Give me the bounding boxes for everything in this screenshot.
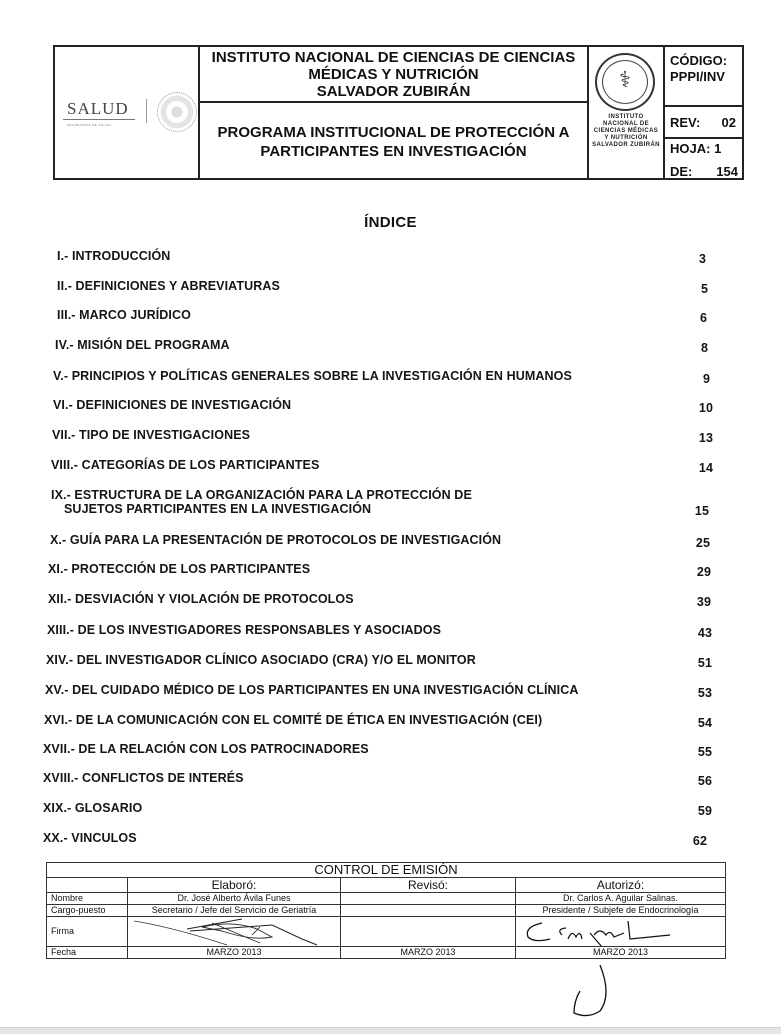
- toc-entry-page: 3: [676, 252, 706, 266]
- row-label: Firma: [47, 917, 128, 947]
- institute-line-1: INSTITUTO NACIONAL DE CIENCIAS DE CIENCI…: [212, 49, 576, 66]
- program-line-2: PARTICIPANTES EN INVESTIGACIÓN: [260, 142, 526, 161]
- salud-logo-text: SALUD: [67, 99, 129, 119]
- logo-divider: [146, 99, 147, 123]
- toc-entry-label: XVI.- DE LA COMUNICACIÓN CON EL COMITÉ D…: [44, 713, 542, 727]
- toc-entry-label: XV.- DEL CUIDADO MÉDICO DE LOS PARTICIPA…: [45, 683, 579, 697]
- rev-value: 02: [722, 115, 736, 130]
- codigo-label: CÓDIGO:: [670, 53, 727, 69]
- cell: Presidente / Subjefe de Endocrinología: [516, 905, 726, 917]
- toc-entry-page: 14: [683, 461, 713, 475]
- program-title: PROGRAMA INSTITUCIONAL DE PROTECCIÓN A P…: [200, 103, 587, 180]
- hoja-value: 1: [714, 141, 721, 156]
- seal-caption-line: CIENCIAS MÉDICAS: [591, 128, 661, 135]
- toc-entry-label: IX.- ESTRUCTURA DE LA ORGANIZACIÓN PARA …: [51, 488, 472, 502]
- toc-entry-page: 6: [677, 311, 707, 325]
- index-title: ÍNDICE: [0, 214, 781, 231]
- de-field: DE: 154: [670, 164, 738, 179]
- seal-caption-line: SALVADOR ZUBIRÁN: [591, 142, 661, 149]
- blank-cell: [47, 878, 128, 893]
- toc-entry-label: III.- MARCO JURÍDICO: [57, 308, 191, 322]
- cell: MARZO 2013: [341, 947, 516, 959]
- toc-entry-page: 39: [681, 595, 711, 609]
- divider: [665, 105, 744, 107]
- toc-entry-page: 25: [680, 536, 710, 550]
- hoja-label: HOJA:: [670, 141, 710, 156]
- table-row: Nombre Dr. José Alberto Ávila Funes Dr. …: [47, 893, 726, 905]
- toc-entry-label: V.- PRINCIPIOS Y POLÍTICAS GENERALES SOB…: [53, 369, 572, 383]
- hoja-field: HOJA: 1: [670, 141, 721, 156]
- toc-entry-label: XX.- VINCULOS: [43, 831, 137, 845]
- cell: [341, 893, 516, 905]
- de-value: 154: [716, 164, 738, 179]
- column-header-autorizo: Autorizó:: [516, 878, 726, 893]
- seal-caption-line: Y NUTRICIÓN: [591, 135, 661, 142]
- institute-line-3: SALVADOR ZUBIRÁN: [317, 83, 471, 100]
- toc-entry-label: VIII.- CATEGORÍAS DE LOS PARTICIPANTES: [51, 458, 319, 472]
- toc-entry-label: XIX.- GLOSARIO: [43, 801, 142, 815]
- seal-caption-line: INSTITUTO NACIONAL DE: [591, 114, 661, 128]
- toc-entry-label: XI.- PROTECCIÓN DE LOS PARTICIPANTES: [48, 562, 310, 576]
- document-header: SALUD SECRETARÍA DE SALUD INSTITUTO NACI…: [53, 45, 744, 180]
- signature-tail-icon: [560, 965, 620, 1020]
- toc-entry-page: 54: [682, 716, 712, 730]
- toc-entry-page: 10: [683, 401, 713, 415]
- emission-control-table: CONTROL DE EMISIÓN Elaboró: Revisó: Auto…: [46, 862, 726, 959]
- toc-entry-label: XVIII.- CONFLICTOS DE INTERÉS: [43, 771, 244, 785]
- institute-seal-caption: INSTITUTO NACIONAL DE CIENCIAS MÉDICAS Y…: [591, 114, 661, 149]
- de-label: DE:: [670, 164, 692, 179]
- cell: [341, 905, 516, 917]
- rev-field: REV: 02: [670, 115, 736, 130]
- page-edge: [0, 1027, 781, 1034]
- cell: Dr. Carlos A. Aguilar Salinas.: [516, 893, 726, 905]
- toc-entry-label: I.- INTRODUCCIÓN: [57, 249, 170, 263]
- institute-name: INSTITUTO NACIONAL DE CIENCIAS DE CIENCI…: [200, 47, 587, 101]
- cell: Secretario / Jefe del Servicio de Geriat…: [128, 905, 341, 917]
- divider: [665, 137, 744, 139]
- toc-entry-page: 29: [681, 565, 711, 579]
- toc-entry-label: II.- DEFINICIONES Y ABREVIATURAS: [57, 279, 280, 293]
- toc-entry-label-continued: SUJETOS PARTICIPANTES EN LA INVESTIGACIÓ…: [64, 502, 371, 516]
- row-label: Nombre: [47, 893, 128, 905]
- column-header-reviso: Revisó:: [341, 878, 516, 893]
- table-row: Firma: [47, 917, 726, 947]
- toc-entry-label: VI.- DEFINICIONES DE INVESTIGACIÓN: [53, 398, 291, 412]
- salud-logo: SALUD SECRETARÍA DE SALUD: [55, 47, 198, 178]
- toc-entry-page: 9: [680, 372, 710, 386]
- institute-seal-icon: [595, 53, 655, 111]
- toc-entry-label: X.- GUÍA PARA LA PRESENTACIÓN DE PROTOCO…: [50, 533, 501, 547]
- toc-entry-page: 51: [682, 656, 712, 670]
- table-row: Fecha MARZO 2013 MARZO 2013 MARZO 2013: [47, 947, 726, 959]
- signature-icon: [520, 917, 722, 946]
- toc-entry-page: 15: [679, 504, 709, 518]
- toc-entry-page: 13: [683, 431, 713, 445]
- institute-seal: INSTITUTO NACIONAL DE CIENCIAS MÉDICAS Y…: [589, 47, 663, 178]
- signature-reviso: [341, 917, 516, 947]
- cell: MARZO 2013: [516, 947, 726, 959]
- toc-entry-label: IV.- MISIÓN DEL PROGRAMA: [55, 338, 230, 352]
- signature-elaboro: [128, 917, 341, 947]
- row-label: Fecha: [47, 947, 128, 959]
- logo-underline: [63, 119, 135, 120]
- salud-logo-subtext: SECRETARÍA DE SALUD: [67, 123, 111, 127]
- institute-line-2: MÉDICAS Y NUTRICIÓN: [308, 66, 478, 83]
- toc-entry-page: 53: [682, 686, 712, 700]
- signature-autorizo: [516, 917, 726, 947]
- codigo-value: PPPI/INV: [670, 69, 727, 85]
- toc-entry-page: 59: [682, 804, 712, 818]
- toc-entry-label: XIII.- DE LOS INVESTIGADORES RESPONSABLE…: [47, 623, 441, 637]
- table-row: Cargo-puesto Secretario / Jefe del Servi…: [47, 905, 726, 917]
- toc-entry-page: 5: [678, 282, 708, 296]
- document-control-codes: CÓDIGO: PPPI/INV REV: 02 HOJA: 1 DE: 154: [665, 47, 744, 178]
- rev-label: REV:: [670, 115, 700, 130]
- program-line-1: PROGRAMA INSTITUCIONAL DE PROTECCIÓN A: [218, 123, 570, 142]
- mexico-coat-of-arms-icon: [157, 92, 197, 132]
- codigo-field: CÓDIGO: PPPI/INV: [670, 53, 727, 85]
- toc-entry-page: 43: [682, 626, 712, 640]
- row-label: Cargo-puesto: [47, 905, 128, 917]
- toc-entry-page: 62: [677, 834, 707, 848]
- toc-entry-page: 56: [682, 774, 712, 788]
- signature-icon: [132, 917, 337, 946]
- toc-entry-label: XIV.- DEL INVESTIGADOR CLÍNICO ASOCIADO …: [46, 653, 476, 667]
- cell: MARZO 2013: [128, 947, 341, 959]
- toc-entry-page: 55: [682, 745, 712, 759]
- toc-entry-label: VII.- TIPO DE INVESTIGACIONES: [52, 428, 250, 442]
- control-table-title: CONTROL DE EMISIÓN: [47, 863, 726, 878]
- column-header-elaboro: Elaboró:: [128, 878, 341, 893]
- toc-entry-label: XVII.- DE LA RELACIÓN CON LOS PATROCINAD…: [43, 742, 369, 756]
- cell: Dr. José Alberto Ávila Funes: [128, 893, 341, 905]
- toc-entry-label: XII.- DESVIACIÓN Y VIOLACIÓN DE PROTOCOL…: [48, 592, 354, 606]
- toc-entry-page: 8: [678, 341, 708, 355]
